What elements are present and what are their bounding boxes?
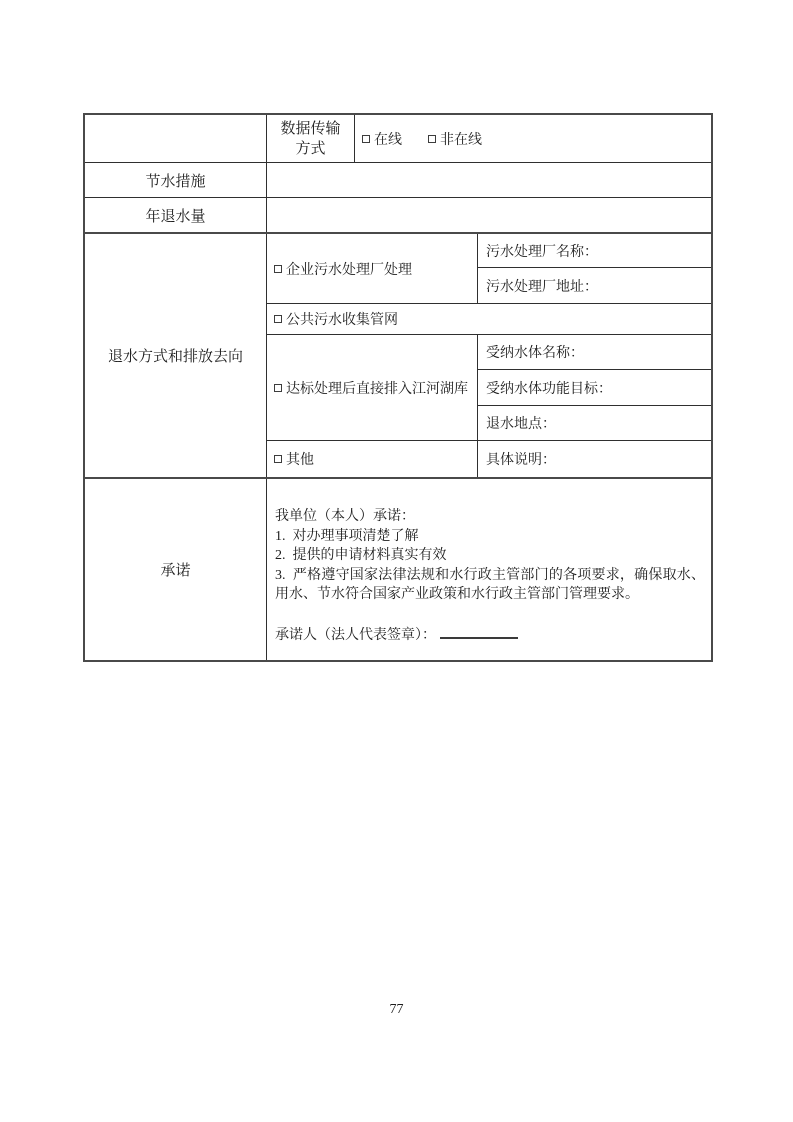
offline-label: 非在线: [440, 129, 482, 149]
option-offline: 非在线: [428, 129, 482, 149]
row-data-transmission: 数据传输方式 在线 非在线: [85, 115, 711, 163]
plant-name-label: 污水处理厂名称：: [486, 241, 598, 261]
commitment-line: 2. 提供的申请材料真实有效: [275, 546, 705, 566]
row-commitment: 承诺 我单位（本人）承诺：1. 对办理事项清楚了解2. 提供的申请材料真实有效3…: [85, 477, 711, 660]
option-online: 在线: [362, 129, 402, 149]
online-label: 在线: [374, 129, 402, 149]
commitment-lines: 我单位（本人）承诺：1. 对办理事项清楚了解2. 提供的申请材料真实有效3. 严…: [275, 507, 705, 605]
signature-line[interactable]: [440, 625, 518, 639]
annual-discharge-value-cell: [267, 198, 711, 232]
commitment-label: 承诺: [85, 479, 267, 660]
row-discharge-method: 退水方式和排放去向 企业污水处理厂处理 污水处理厂名称： 污水处理厂地址：: [85, 232, 711, 477]
option-public-network: 公共污水收集管网: [267, 304, 711, 335]
option-enterprise-plant: 企业污水处理厂处理: [267, 234, 478, 303]
option-direct-discharge-row: 达标处理后直接排入江河湖库 受纳水体名称： 受纳水体功能目标： 退水地点：: [267, 335, 711, 441]
commitment-line: 3. 严格遵守国家法律法规和水行政主管部门的各项要求，确保取水、: [275, 566, 705, 586]
plant-address-cell: 污水处理厂地址：: [478, 268, 711, 303]
water-saving-label: 节水措施: [85, 163, 267, 197]
page-number: 77: [0, 1002, 793, 1018]
discharge-options: 企业污水处理厂处理 污水处理厂名称： 污水处理厂地址： 公共污水收集管网: [267, 234, 711, 477]
option-other-row: 其他 具体说明：: [267, 441, 711, 477]
annual-discharge-label: 年退水量: [85, 198, 267, 232]
form-table: 数据传输方式 在线 非在线 节水措施 年退水量: [83, 113, 713, 662]
data-transmission-label: 数据传输方式: [278, 119, 344, 159]
water-body-target-cell: 受纳水体功能目标：: [478, 370, 711, 406]
enterprise-plant-label: 企业污水处理厂处理: [286, 259, 412, 279]
row-water-saving: 节水措施: [85, 163, 711, 198]
direct-discharge-label: 达标处理后直接排入江河湖库: [286, 378, 468, 398]
data-transmission-options-cell: 在线 非在线: [355, 115, 711, 162]
offline-checkbox-icon[interactable]: [428, 135, 436, 143]
signer-label: 承诺人（法人代表签章）：: [275, 628, 436, 643]
option-enterprise-plant-row: 企业污水处理厂处理 污水处理厂名称： 污水处理厂地址：: [267, 234, 711, 304]
enterprise-plant-details: 污水处理厂名称： 污水处理厂地址：: [478, 234, 711, 303]
option-other: 其他: [267, 441, 478, 477]
plant-address-label: 污水处理厂地址：: [486, 276, 598, 296]
commitment-body: 我单位（本人）承诺：1. 对办理事项清楚了解2. 提供的申请材料真实有效3. 严…: [267, 479, 711, 660]
document-page: 数据传输方式 在线 非在线 节水措施 年退水量: [0, 0, 793, 1122]
signer-row: 承诺人（法人代表签章）：: [275, 625, 705, 646]
water-body-target-label: 受纳水体功能目标：: [486, 378, 612, 398]
direct-discharge-checkbox-icon[interactable]: [274, 384, 282, 392]
data-transmission-label-cell: 数据传输方式: [267, 115, 355, 162]
enterprise-plant-checkbox-icon[interactable]: [274, 265, 282, 273]
other-detail-cell: 具体说明：: [478, 441, 711, 477]
plant-name-cell: 污水处理厂名称：: [478, 234, 711, 268]
discharge-method-label: 退水方式和排放去向: [85, 234, 267, 477]
commitment-line: 我单位（本人）承诺：: [275, 507, 705, 527]
commitment-line: 1. 对办理事项清楚了解: [275, 527, 705, 547]
other-label: 其他: [286, 449, 314, 469]
option-direct-discharge: 达标处理后直接排入江河湖库: [267, 335, 478, 440]
discharge-location-label: 退水地点：: [486, 413, 556, 433]
public-network-label: 公共污水收集管网: [286, 309, 398, 329]
water-body-name-cell: 受纳水体名称：: [478, 335, 711, 370]
discharge-location-cell: 退水地点：: [478, 406, 711, 440]
water-body-name-label: 受纳水体名称：: [486, 342, 584, 362]
water-saving-value-cell: [267, 163, 711, 197]
other-checkbox-icon[interactable]: [274, 455, 282, 463]
other-detail-label: 具体说明：: [486, 449, 556, 469]
empty-header-cell: [85, 115, 267, 162]
public-network-checkbox-icon[interactable]: [274, 315, 282, 323]
row-annual-discharge: 年退水量: [85, 198, 711, 232]
commitment-line: 用水、节水符合国家产业政策和水行政主管部门管理要求。: [275, 585, 705, 605]
direct-discharge-details: 受纳水体名称： 受纳水体功能目标： 退水地点：: [478, 335, 711, 440]
online-checkbox-icon[interactable]: [362, 135, 370, 143]
